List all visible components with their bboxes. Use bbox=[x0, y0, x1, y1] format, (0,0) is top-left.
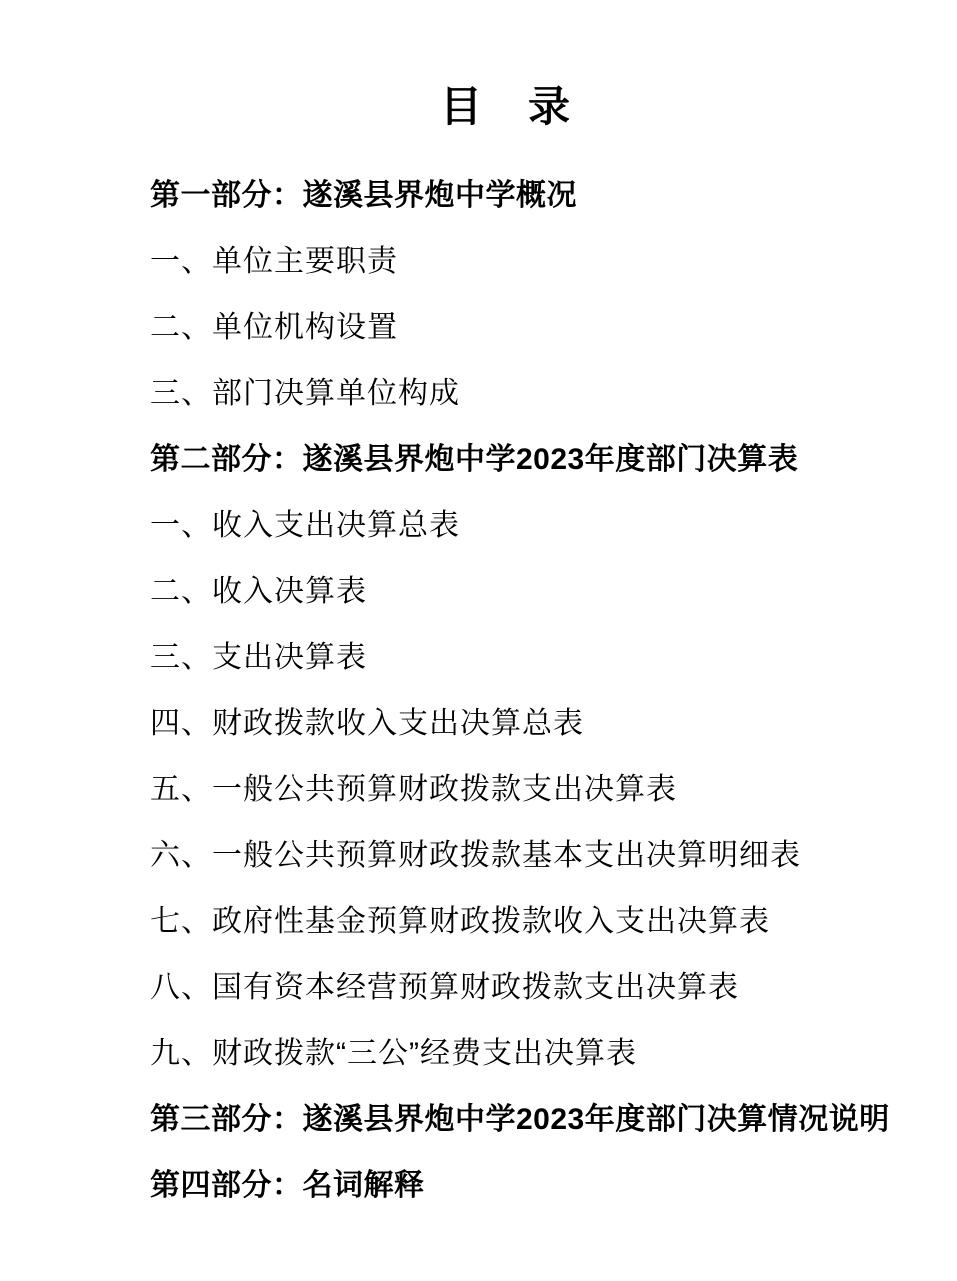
toc-item-income-expenditure-summary-table: 一、收入支出决算总表 bbox=[150, 493, 897, 559]
toc-item-government-fund-budget-table: 七、政府性基金预算财政拨款收入支出决算表 bbox=[150, 889, 897, 955]
toc-item-unit-main-duties: 一、单位主要职责 bbox=[150, 229, 897, 295]
toc-item-income-table: 二、收入决算表 bbox=[150, 559, 897, 625]
toc-item-three-public-expenses-table: 九、财政拨款“三公”经费支出决算表 bbox=[150, 1021, 897, 1087]
toc-item-unit-organization-setup: 二、单位机构设置 bbox=[150, 295, 897, 361]
document-page: 目 录 第一部分：遂溪县界炮中学概况 一、单位主要职责 二、单位机构设置 三、部… bbox=[0, 0, 957, 1281]
toc-item-state-capital-budget-expenditure-table: 八、国有资本经营预算财政拨款支出决算表 bbox=[150, 955, 897, 1021]
toc-item-expenditure-table: 三、支出决算表 bbox=[150, 625, 897, 691]
table-of-contents: 第一部分：遂溪县界炮中学概况 一、单位主要职责 二、单位机构设置 三、部门决算单… bbox=[0, 163, 957, 1219]
toc-item-final-accounts-unit-composition: 三、部门决算单位构成 bbox=[150, 361, 897, 427]
toc-item-general-public-budget-basic-expenditure-detail-table: 六、一般公共预算财政拨款基本支出决算明细表 bbox=[150, 823, 897, 889]
toc-item-fiscal-appropriation-summary-table: 四、财政拨款收入支出决算总表 bbox=[150, 691, 897, 757]
toc-heading-part2-final-accounts-tables: 第二部分：遂溪县界炮中学2023年度部门决算表 bbox=[150, 427, 897, 493]
page-title: 目 录 bbox=[0, 0, 957, 133]
toc-item-general-public-budget-expenditure-table: 五、一般公共预算财政拨款支出决算表 bbox=[150, 757, 897, 823]
toc-heading-part3-final-accounts-explanation: 第三部分：遂溪县界炮中学2023年度部门决算情况说明 bbox=[150, 1087, 897, 1153]
toc-heading-part4-glossary: 第四部分：名词解释 bbox=[150, 1153, 897, 1219]
toc-heading-part1-school-overview: 第一部分：遂溪县界炮中学概况 bbox=[150, 163, 897, 229]
